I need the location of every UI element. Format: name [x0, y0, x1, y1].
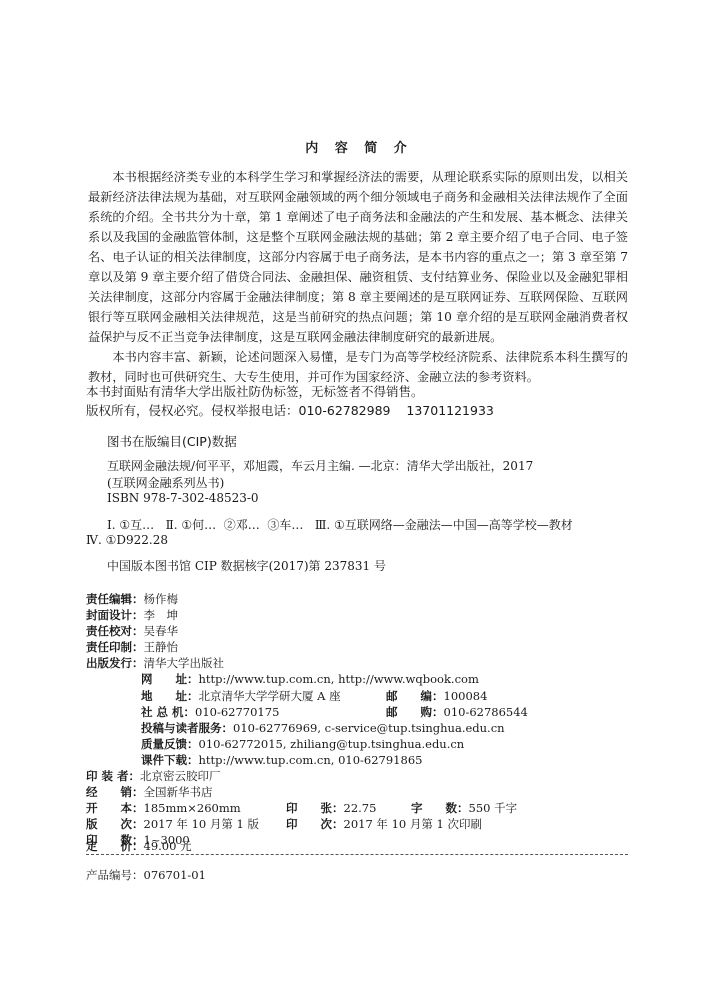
credit-value: 李 坤 [144, 608, 179, 622]
credit-label: 出版发行： [86, 656, 144, 670]
cip-classification: Ⅳ. ①D922.28 [86, 533, 168, 547]
cip-series: (互联网金融系列丛书) [107, 474, 224, 491]
credit-cover-design: 封面设计：李 坤 [86, 607, 178, 623]
publisher-feedback: 质量反馈：010-62772015, zhiliang@tup.tsinghua… [141, 736, 464, 752]
edition-label: 版 次： [86, 817, 144, 831]
switchboard-value: 010-62770175 [195, 705, 279, 719]
submission-label: 投稿与读者服务： [141, 721, 233, 735]
price-value: 49.00 元 [144, 839, 192, 853]
courseware-value: http://www.tup.com.cn, 010-62791865 [199, 753, 423, 767]
copyright-notice: 版权所有，侵权必究。侵权举报电话：010-62782989 1370112193… [86, 401, 494, 419]
price-label: 定 价： [86, 839, 144, 853]
words-label: 字 数： [411, 801, 469, 815]
mailorder-value: 010-62786544 [444, 705, 528, 719]
address-label: 地 址： [141, 689, 199, 703]
product-code-label: 产品编号： [86, 868, 144, 882]
production-printer: 印 装 者：北京密云胶印厂 [86, 768, 221, 784]
product-code-value: 076701-01 [144, 868, 206, 882]
anti-counterfeit-notice: 本书封面贴有清华大学出版社防伪标签，无标签者不得销售。 [86, 382, 424, 400]
credit-label: 责任校对： [86, 624, 144, 638]
impression-value: 2017 年 10 月第 1 次印刷 [344, 817, 483, 831]
courseware-label: 课件下载： [141, 753, 199, 767]
impression-label: 印 次： [286, 817, 344, 831]
credit-proofreader: 责任校对：吴春华 [86, 623, 178, 639]
submission-value: 010-62776969, c-service@tup.tsinghua.edu… [233, 721, 505, 735]
production-price-line: 定 价：49.00 元 [86, 838, 192, 854]
postcode-value: 100084 [444, 689, 488, 703]
website-value: http://www.tup.com.cn, http://www.wqbook… [199, 672, 479, 686]
credit-label: 责任编辑： [86, 592, 144, 606]
publisher-website: 网 址：http://www.tup.com.cn, http://www.wq… [141, 671, 479, 687]
intro-paragraph-1: 本书根据经济类专业的本科学生学习和掌握经济法的需要，从理论联系实际的原则出发，以… [88, 167, 628, 347]
distributor-label: 经 销： [86, 785, 144, 799]
format-label: 开 本： [86, 801, 144, 815]
postcode-label: 邮 编： [386, 689, 444, 703]
credit-value: 王静怡 [144, 640, 179, 654]
words-value: 550 千字 [469, 801, 518, 815]
cip-heading: 图书在版编目(CIP)数据 [107, 432, 237, 450]
cip-title-line: 互联网金融法规/何平平，邓旭霞，车云月主编. —北京：清华大学出版社，2017 [107, 457, 533, 474]
intro-paragraph-2: 本书内容丰富、新颖，论述问题深入易懂，是专门为高等学校经济院系、法律院系本科生撰… [88, 347, 628, 387]
feedback-label: 质量反馈： [141, 737, 199, 751]
sheets-label: 印 张： [286, 801, 344, 815]
mailorder-label: 邮 购： [386, 705, 444, 719]
address-value: 北京清华大学学研大厦 A 座 [199, 689, 341, 703]
product-code: 产品编号：076701-01 [86, 867, 206, 883]
publisher-submission: 投稿与读者服务：010-62776969, c-service@tup.tsin… [141, 720, 505, 736]
intro-text: 本书根据经济类专业的本科学生学习和掌握经济法的需要，从理论联系实际的原则出发，以… [88, 167, 628, 387]
credit-label: 责任印制： [86, 640, 144, 654]
printer-label: 印 装 者： [86, 769, 140, 783]
edition-value: 2017 年 10 月第 1 版 [144, 817, 260, 831]
page-title: 内 容 简 介 [0, 137, 718, 156]
production-edition: 版 次：2017 年 10 月第 1 版印 次：2017 年 10 月第 1 次… [86, 816, 482, 832]
website-label: 网 址： [141, 672, 199, 686]
production-distributor: 经 销：全国新华书店 [86, 784, 213, 800]
cip-subjects: Ⅰ. ①互… Ⅱ. ①何… ②邓… ③车… Ⅲ. ①互联网络—金融法—中国—高等… [107, 516, 573, 533]
separator-dashed-line [86, 854, 628, 855]
format-value: 185mm×260mm [144, 801, 241, 815]
credit-editor: 责任编辑：杨作梅 [86, 591, 178, 607]
cip-verification: 中国版本图书馆 CIP 数据核字(2017)第 237831 号 [107, 557, 386, 574]
sheets-value: 22.75 [344, 801, 377, 815]
production-format: 开 本：185mm×260mm印 张：22.75字 数：550 千字 [86, 800, 517, 816]
distributor-value: 全国新华书店 [144, 785, 213, 799]
feedback-value: 010-62772015, zhiliang@tup.tsinghua.edu.… [199, 737, 465, 751]
credit-value: 吴春华 [144, 624, 179, 638]
credit-value: 清华大学出版社 [144, 656, 225, 670]
credit-label: 封面设计： [86, 608, 144, 622]
publisher-courseware: 课件下载：http://www.tup.com.cn, 010-62791865 [141, 752, 422, 768]
credit-printing: 责任印制：王静怡 [86, 639, 178, 655]
printer-value: 北京密云胶印厂 [140, 769, 221, 783]
credit-value: 杨作梅 [144, 592, 179, 606]
publisher-address: 地 址：北京清华大学学研大厦 A 座邮 编：100084 [141, 688, 487, 704]
credit-publisher: 出版发行：清华大学出版社 [86, 655, 224, 671]
switchboard-label: 社 总 机： [141, 705, 195, 719]
publisher-switchboard: 社 总 机：010-62770175邮 购：010-62786544 [141, 704, 528, 720]
cip-isbn: ISBN 978-7-302-48523-0 [107, 491, 259, 505]
